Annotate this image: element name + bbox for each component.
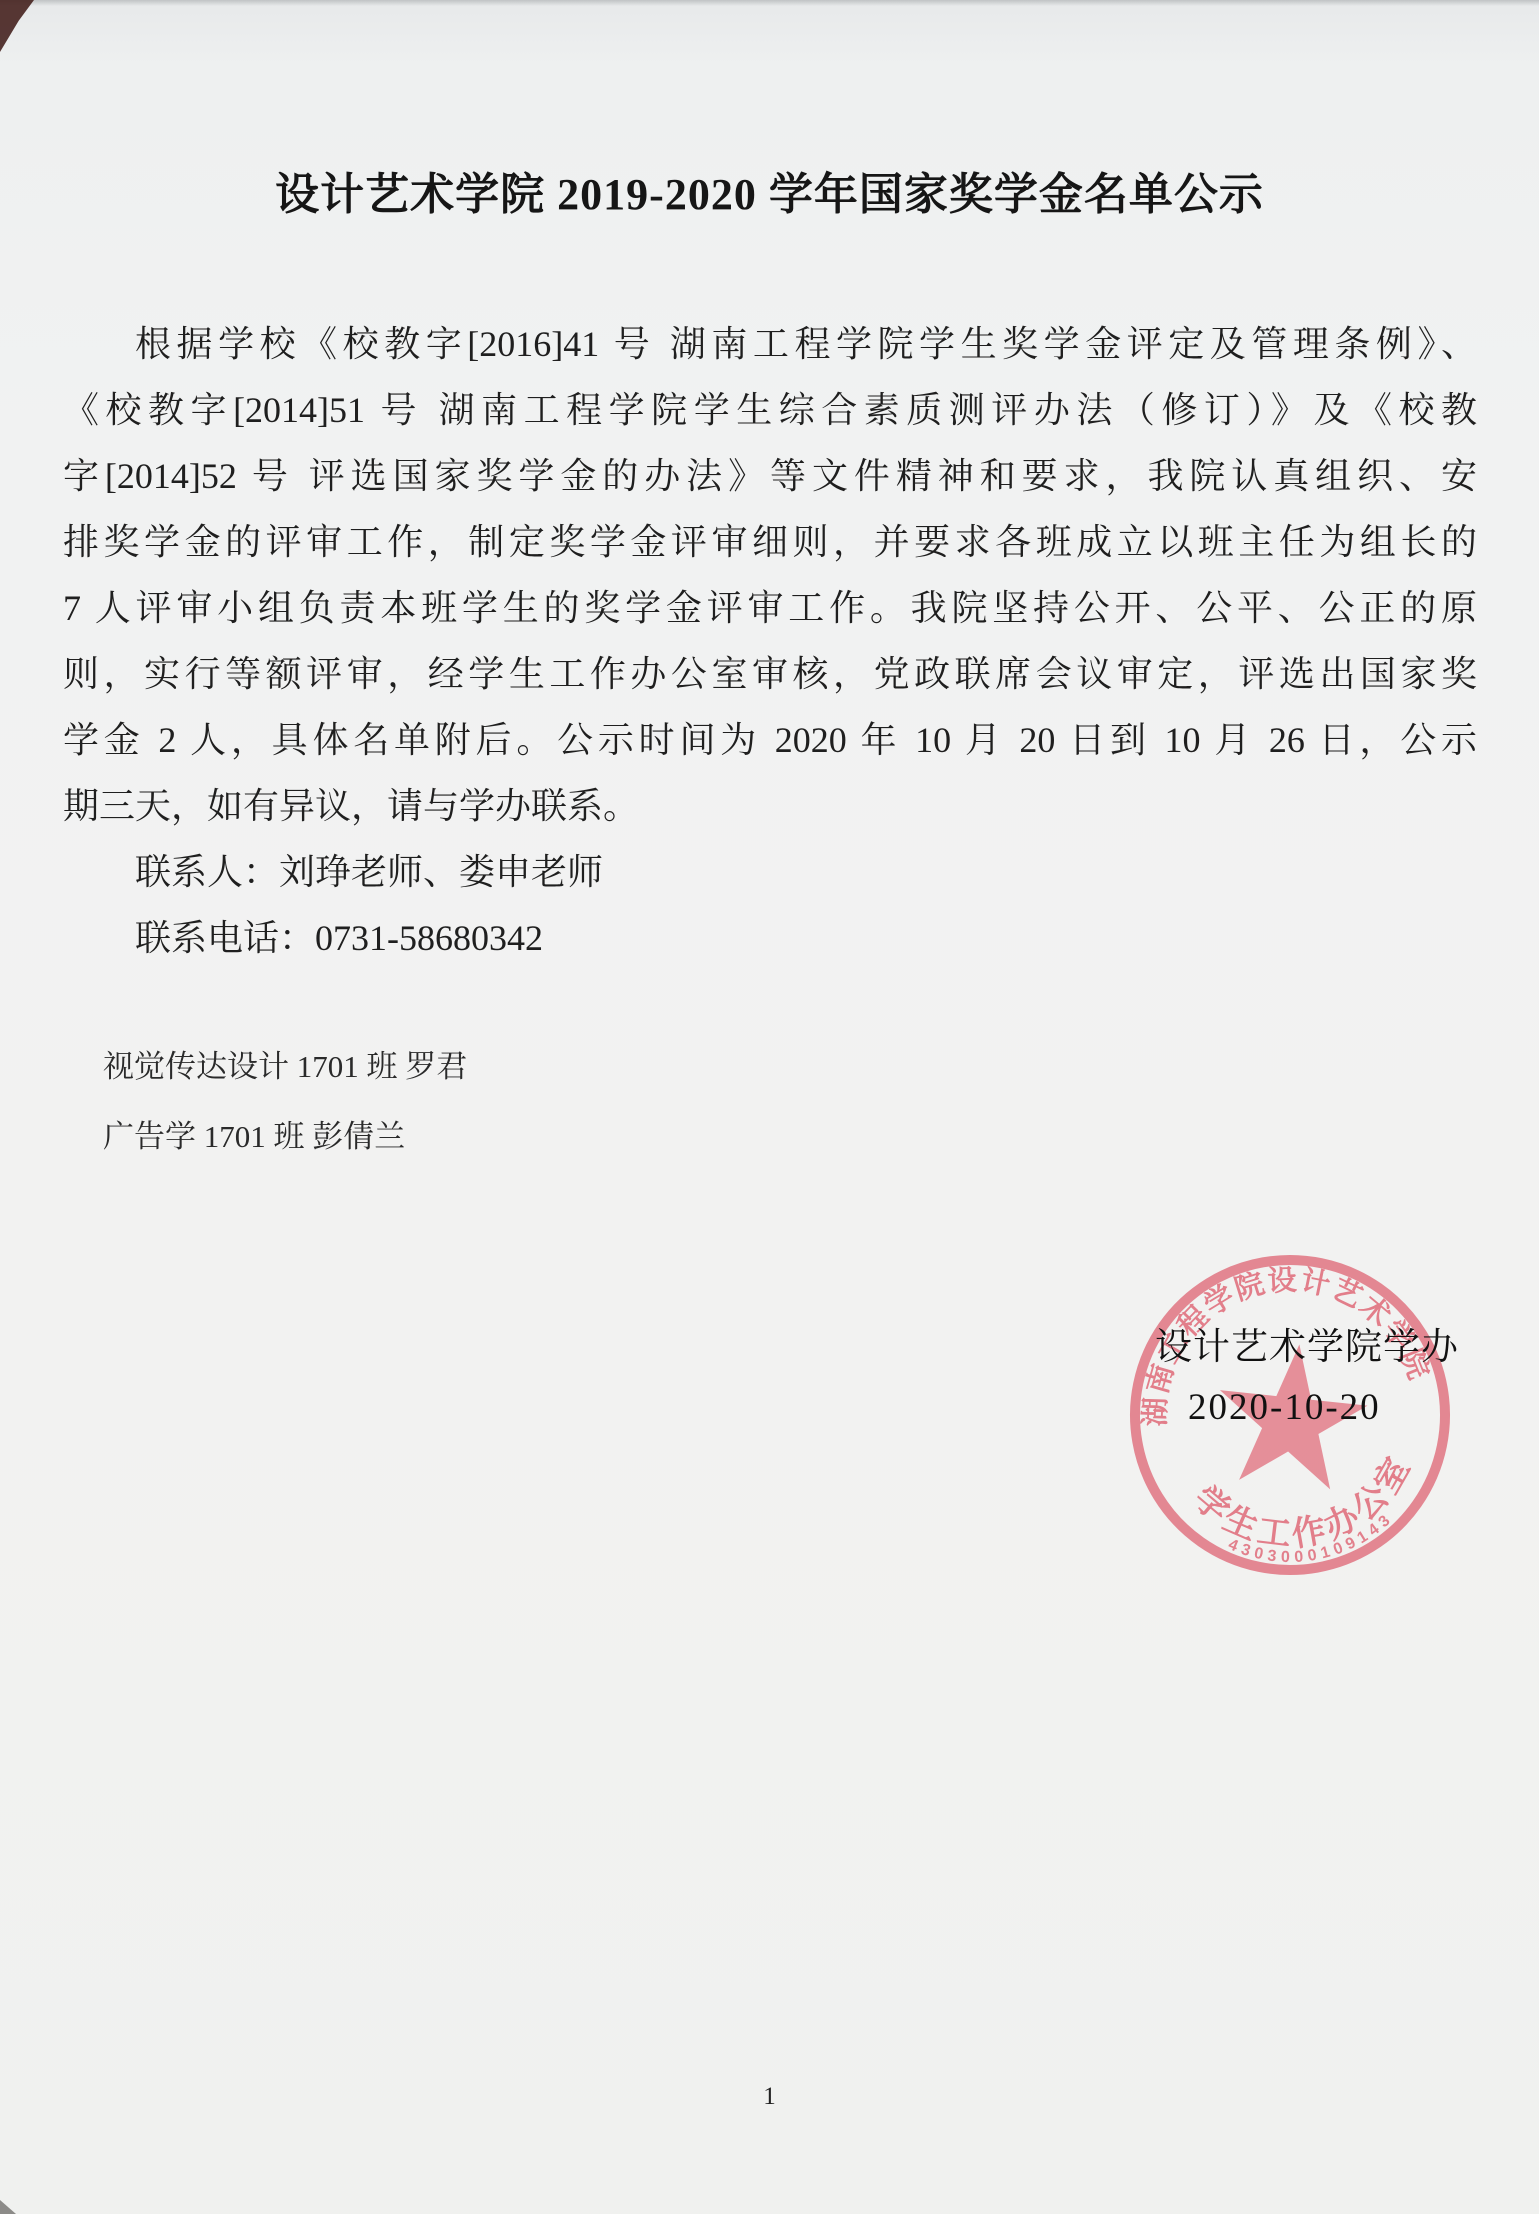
body-line: 字[2014]52 号 评选国家奖学金的办法》等文件精神和要求，我院认真组织、安	[63, 443, 1477, 509]
body-line: 7 人评审小组负责本班学生的奖学金评审工作。我院坚持公开、公平、公正的原	[63, 575, 1477, 641]
document-title: 设计艺术学院 2019-2020 学年国家奖学金名单公示	[0, 158, 1539, 222]
page-number: 1	[0, 2083, 1539, 2111]
scan-edge-shadow	[0, 0, 1539, 6]
winner-item: 视觉传达设计 1701 班 罗君	[103, 1032, 1003, 1102]
contact-phone: 联系电话：0731-58680342	[63, 905, 1477, 971]
body-line: 《校教字[2014]51 号 湖南工程学院学生综合素质测评办法（修订）》及《校教	[63, 377, 1477, 443]
body-line: 学金 2 人，具体名单附后。公示时间为 2020 年 10 月 20 日到 10…	[63, 707, 1477, 773]
document-body: 根据学校《校教字[2016]41 号 湖南工程学院学生奖学金评定及管理条例》、 …	[63, 311, 1477, 971]
body-line: 则，实行等额评审，经学生工作办公室审核，党政联席会议审定，评选出国家奖	[63, 641, 1477, 707]
scanned-document-page: 设计艺术学院 2019-2020 学年国家奖学金名单公示 根据学校《校教字[20…	[0, 0, 1539, 2214]
scan-corner-artifact-top-left	[0, 0, 34, 52]
body-line: 期三天，如有异议，请与学办联系。	[63, 773, 1477, 839]
scan-corner-artifact-bottom-left	[0, 2200, 16, 2214]
body-line: 排奖学金的评审工作，制定奖学金评审细则，并要求各班成立以班主任为组长的	[63, 509, 1477, 575]
body-line: 根据学校《校教字[2016]41 号 湖南工程学院学生奖学金评定及管理条例》、	[63, 311, 1477, 377]
signature-department: 设计艺术学院学办	[1155, 1316, 1459, 1370]
signature-date: 2020-10-20	[1188, 1386, 1381, 1429]
winner-item: 广告学 1701 班 彭倩兰	[103, 1102, 1003, 1172]
contact-person: 联系人：刘琤老师、娄申老师	[63, 839, 1477, 905]
winner-list: 视觉传达设计 1701 班 罗君 广告学 1701 班 彭倩兰	[103, 1032, 1003, 1172]
